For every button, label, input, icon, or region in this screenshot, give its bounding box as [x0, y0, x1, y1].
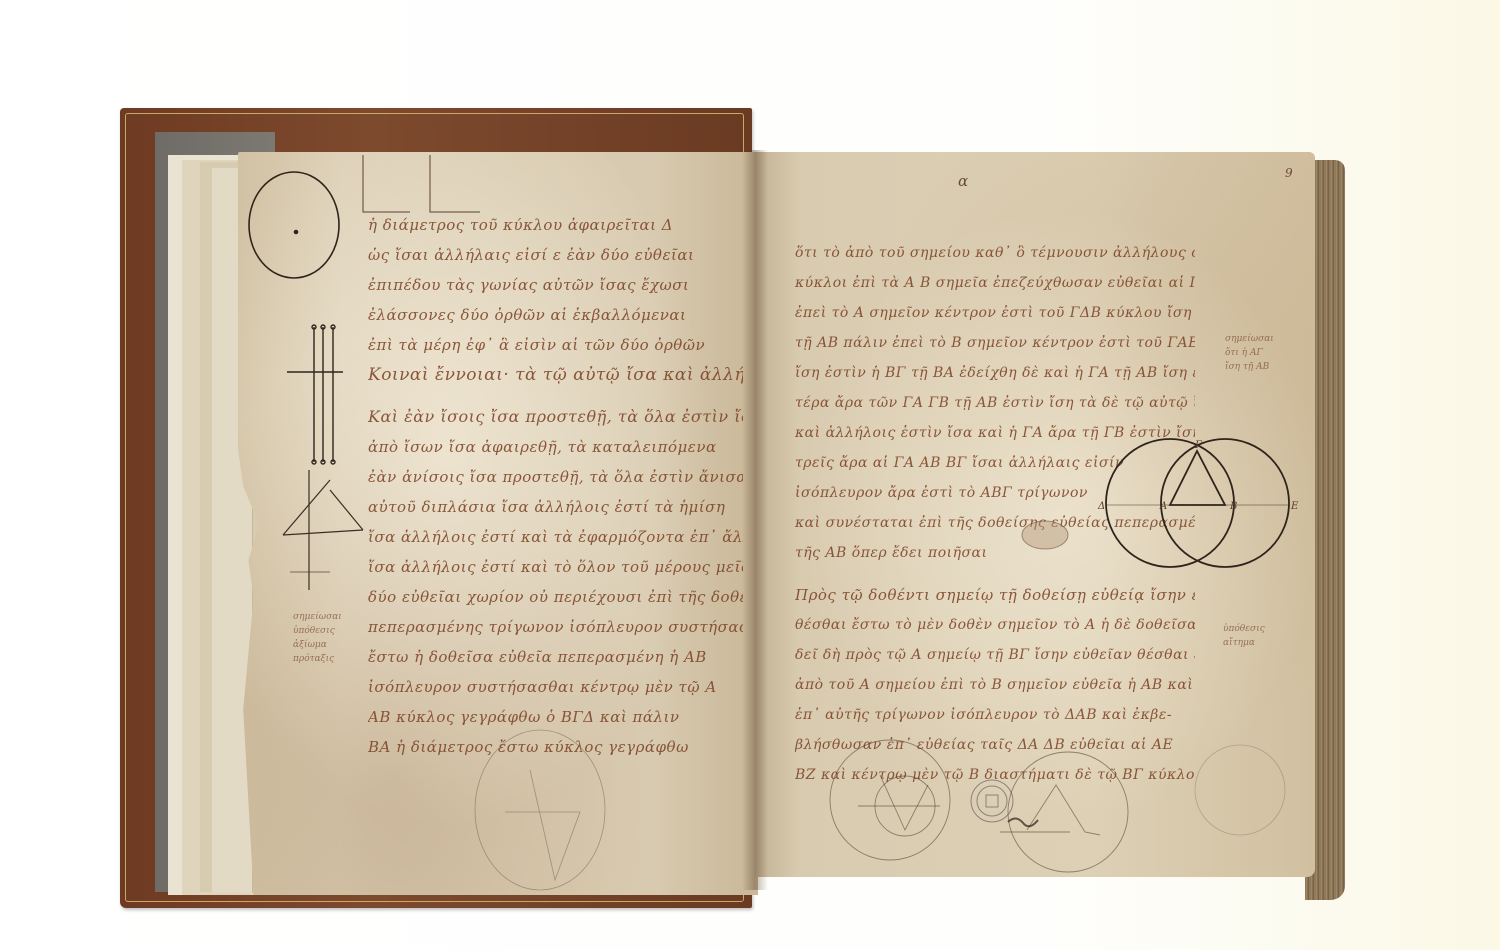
faint-triangle-diagram-icon	[1000, 752, 1128, 872]
diagram-labels: Γ Α Β Δ Ε	[1097, 440, 1299, 512]
diagram-layer: Γ Α Β Δ Ε	[0, 0, 1500, 950]
parallel-lines-diagram-icon	[287, 325, 343, 464]
label-alpha: Α	[1159, 501, 1167, 512]
library-stamp-icon	[971, 780, 1013, 822]
intersecting-circles-diagram-icon	[1106, 439, 1289, 567]
label-delta: Δ	[1097, 501, 1105, 512]
manuscript-photo: ἡ διάμετρος τοῦ κύκλου ἀφαιρεῖται Δ ὡς ἴ…	[0, 0, 1500, 950]
label-gamma: Γ	[1194, 440, 1203, 451]
angle-diagram-icon	[283, 470, 363, 590]
ink-blot	[1022, 521, 1068, 549]
circle-diagram-icon	[249, 172, 339, 278]
faint-construction-diagram-icon	[830, 740, 950, 860]
faint-corner-circle-icon	[1195, 745, 1285, 835]
label-epsilon: Ε	[1290, 501, 1299, 512]
label-beta: Β	[1229, 501, 1237, 512]
faint-circle-diagram-icon	[475, 730, 605, 890]
ruling-marks	[363, 155, 480, 212]
